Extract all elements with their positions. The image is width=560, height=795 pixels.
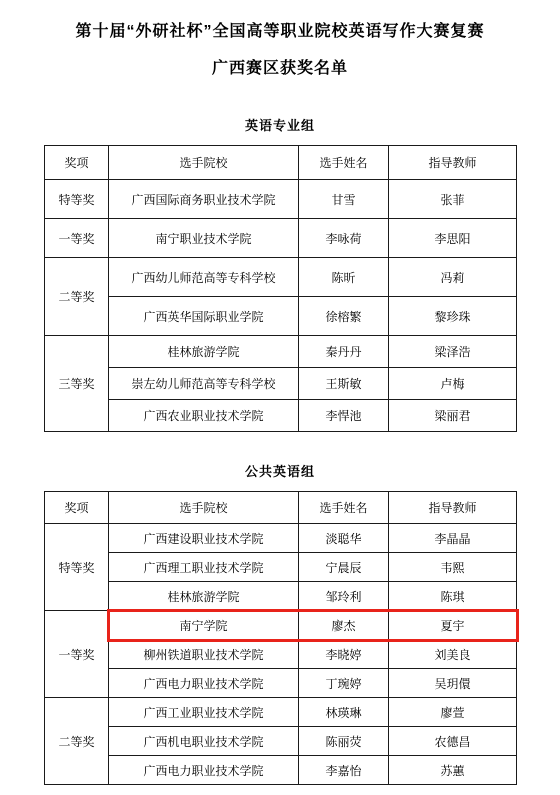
school-cell: 广西电力职业技术学院: [109, 669, 299, 698]
table-row: 二等奖广西幼儿师范高等专科学校陈昕冯莉: [45, 258, 517, 297]
contestant-cell: 宁晨辰: [299, 553, 389, 582]
teacher-cell: 李思阳: [389, 219, 517, 258]
contestant-cell: 淡聪华: [299, 524, 389, 553]
award-cell: 二等奖: [45, 258, 109, 336]
column-header: 选手姓名: [299, 146, 389, 180]
teacher-cell: 吴玥儇: [389, 669, 517, 698]
awards-table: 奖项选手院校选手姓名指导教师特等奖广西建设职业技术学院淡聪华李晶晶广西理工职业技…: [44, 491, 517, 785]
teacher-cell: 苏蕙: [389, 756, 517, 785]
teacher-cell: 黎珍珠: [389, 297, 517, 336]
school-cell: 广西英华国际职业学院: [109, 297, 299, 336]
contestant-cell: 李咏荷: [299, 219, 389, 258]
school-cell: 广西建设职业技术学院: [109, 524, 299, 553]
contestant-cell: 陈昕: [299, 258, 389, 297]
school-cell: 柳州铁道职业技术学院: [109, 640, 299, 669]
teacher-cell: 刘美良: [389, 640, 517, 669]
contestant-cell: 丁琬婷: [299, 669, 389, 698]
column-header: 奖项: [45, 492, 109, 524]
contestant-cell: 邹玲利: [299, 582, 389, 611]
contestant-cell: 李晓婷: [299, 640, 389, 669]
column-header: 指导教师: [389, 492, 517, 524]
school-cell: 广西理工职业技术学院: [109, 553, 299, 582]
sections-container: 英语专业组奖项选手院校选手姓名指导教师特等奖广西国际商务职业技术学院甘雪张菲一等…: [0, 119, 560, 785]
award-cell: 三等奖: [45, 336, 109, 432]
school-cell: 广西农业职业技术学院: [109, 400, 299, 432]
table-row: 特等奖广西国际商务职业技术学院甘雪张菲: [45, 180, 517, 219]
contestant-cell: 李悍池: [299, 400, 389, 432]
school-cell: 崇左幼儿师范高等专科学校: [109, 368, 299, 400]
column-header: 奖项: [45, 146, 109, 180]
teacher-cell: 冯莉: [389, 258, 517, 297]
contestant-cell: 李嘉怡: [299, 756, 389, 785]
table-row: 一等奖南宁职业技术学院李咏荷李思阳: [45, 219, 517, 258]
contestant-cell: 王斯敏: [299, 368, 389, 400]
header-row: 奖项选手院校选手姓名指导教师: [45, 146, 517, 180]
column-header: 选手院校: [109, 146, 299, 180]
contestant-cell: 廖杰: [299, 611, 389, 640]
contestant-cell: 徐榕繁: [299, 297, 389, 336]
school-cell: 桂林旅游学院: [109, 582, 299, 611]
table-row: 广西电力职业技术学院李嘉怡苏蕙: [45, 756, 517, 785]
award-cell: 一等奖: [45, 611, 109, 698]
document-page: 第十届“外研社杯”全国高等职业院校英语写作大赛复赛 广西赛区获奖名单 英语专业组…: [0, 0, 560, 795]
teacher-cell: 卢梅: [389, 368, 517, 400]
document-title-line1: 第十届“外研社杯”全国高等职业院校英语写作大赛复赛: [0, 0, 560, 40]
section-title: 公共英语组: [0, 465, 560, 478]
table-row: 三等奖桂林旅游学院秦丹丹梁泽浩: [45, 336, 517, 368]
teacher-cell: 梁丽君: [389, 400, 517, 432]
table-row: 崇左幼儿师范高等专科学校王斯敏卢梅: [45, 368, 517, 400]
table-row: 二等奖广西工业职业技术学院林瑛琳廖萱: [45, 698, 517, 727]
teacher-cell: 韦熙: [389, 553, 517, 582]
teacher-cell: 农德昌: [389, 727, 517, 756]
header-row: 奖项选手院校选手姓名指导教师: [45, 492, 517, 524]
contestant-cell: 秦丹丹: [299, 336, 389, 368]
table-row: 广西机电职业技术学院陈丽荧农德昌: [45, 727, 517, 756]
school-cell: 广西幼儿师范高等专科学校: [109, 258, 299, 297]
section-title: 英语专业组: [0, 119, 560, 132]
table-row: 广西电力职业技术学院丁琬婷吴玥儇: [45, 669, 517, 698]
contestant-cell: 林瑛琳: [299, 698, 389, 727]
table-wrap: 奖项选手院校选手姓名指导教师特等奖广西国际商务职业技术学院甘雪张菲一等奖南宁职业…: [44, 145, 516, 432]
award-cell: 二等奖: [45, 698, 109, 785]
table-row: 一等奖南宁学院廖杰夏宇: [45, 611, 517, 640]
school-cell: 桂林旅游学院: [109, 336, 299, 368]
school-cell: 广西电力职业技术学院: [109, 756, 299, 785]
column-header: 选手姓名: [299, 492, 389, 524]
table-row: 广西英华国际职业学院徐榕繁黎珍珠: [45, 297, 517, 336]
school-cell: 广西国际商务职业技术学院: [109, 180, 299, 219]
table-wrap: 奖项选手院校选手姓名指导教师特等奖广西建设职业技术学院淡聪华李晶晶广西理工职业技…: [44, 491, 516, 785]
column-header: 选手院校: [109, 492, 299, 524]
teacher-cell: 梁泽浩: [389, 336, 517, 368]
column-header: 指导教师: [389, 146, 517, 180]
award-cell: 一等奖: [45, 219, 109, 258]
school-cell: 南宁学院: [109, 611, 299, 640]
teacher-cell: 张菲: [389, 180, 517, 219]
table-row: 特等奖广西建设职业技术学院淡聪华李晶晶: [45, 524, 517, 553]
document-title-line2: 广西赛区获奖名单: [0, 40, 560, 77]
award-cell: 特等奖: [45, 524, 109, 611]
school-cell: 南宁职业技术学院: [109, 219, 299, 258]
teacher-cell: 陈琪: [389, 582, 517, 611]
table-row: 桂林旅游学院邹玲利陈琪: [45, 582, 517, 611]
teacher-cell: 夏宇: [389, 611, 517, 640]
table-row: 广西理工职业技术学院宁晨辰韦熙: [45, 553, 517, 582]
teacher-cell: 李晶晶: [389, 524, 517, 553]
school-cell: 广西工业职业技术学院: [109, 698, 299, 727]
table-row: 广西农业职业技术学院李悍池梁丽君: [45, 400, 517, 432]
school-cell: 广西机电职业技术学院: [109, 727, 299, 756]
awards-table: 奖项选手院校选手姓名指导教师特等奖广西国际商务职业技术学院甘雪张菲一等奖南宁职业…: [44, 145, 517, 432]
contestant-cell: 甘雪: [299, 180, 389, 219]
contestant-cell: 陈丽荧: [299, 727, 389, 756]
teacher-cell: 廖萱: [389, 698, 517, 727]
award-cell: 特等奖: [45, 180, 109, 219]
table-row: 柳州铁道职业技术学院李晓婷刘美良: [45, 640, 517, 669]
